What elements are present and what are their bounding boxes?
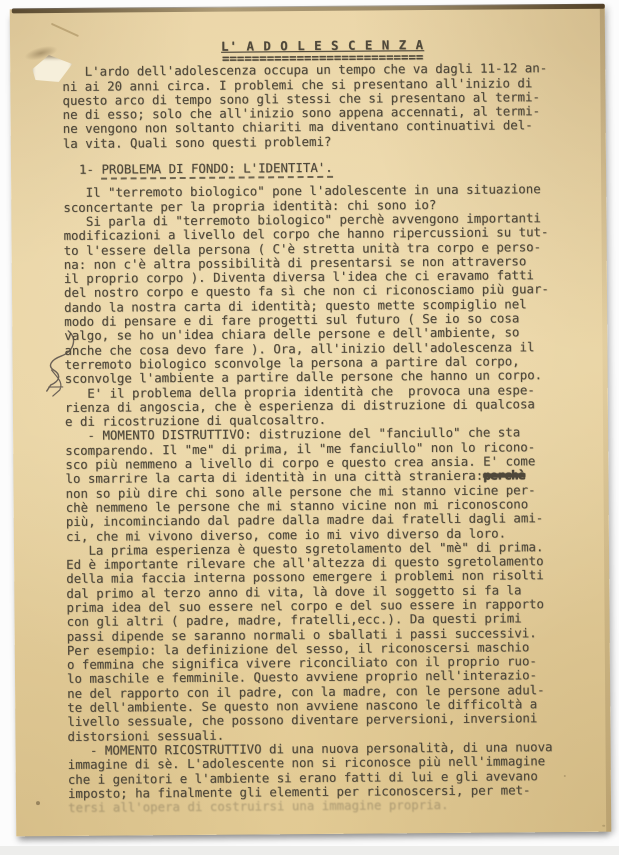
typewritten-text: L' A D O L E S C E N Z A ===============… [62, 37, 583, 815]
paper-speck [602, 825, 605, 827]
section-heading: 1- PROBLEMA DI FONDO: L'IDENTITA'. [79, 159, 578, 177]
paragraph-biological-earthquake: Si parla di "terremoto biologico" perchè… [63, 211, 579, 387]
paragraph-text: - MOMENTO DISTRUTTIVO: distruzione del "… [65, 425, 535, 486]
paragraph-reconstructive-moment: - MOMENTO RICOSTRUTTIVO di una nuova per… [68, 740, 584, 816]
paragraph-anguish-experience: E' il problema della propria identità ch… [65, 382, 580, 429]
paragraph-text: - MOMENTO RICOSTRUTTIVO di una nuova per… [68, 739, 553, 801]
section-number: 1- [79, 162, 102, 177]
paragraph-first-experience: La prima esperienza è questo sgretolamen… [66, 540, 583, 744]
section-heading-text: PROBLEMA DI FONDO: L'IDENTITA'. [101, 160, 332, 180]
scanned-document: L' A D O L E S C E N Z A ===============… [0, 0, 619, 855]
document-page: L' A D O L E S C E N Z A ===============… [10, 5, 611, 837]
scanner-edge-strip [0, 846, 619, 855]
paragraph-intro: L'ardo dell'adolescenza occupa un tempo … [62, 61, 578, 151]
paper-scratch [51, 23, 79, 37]
struck-out-word: perchè [483, 468, 525, 483]
paper-speck [36, 801, 40, 805]
paragraph-destructive-moment: - MOMENTO DISTRUTTIVO: distruzione del "… [65, 425, 581, 543]
